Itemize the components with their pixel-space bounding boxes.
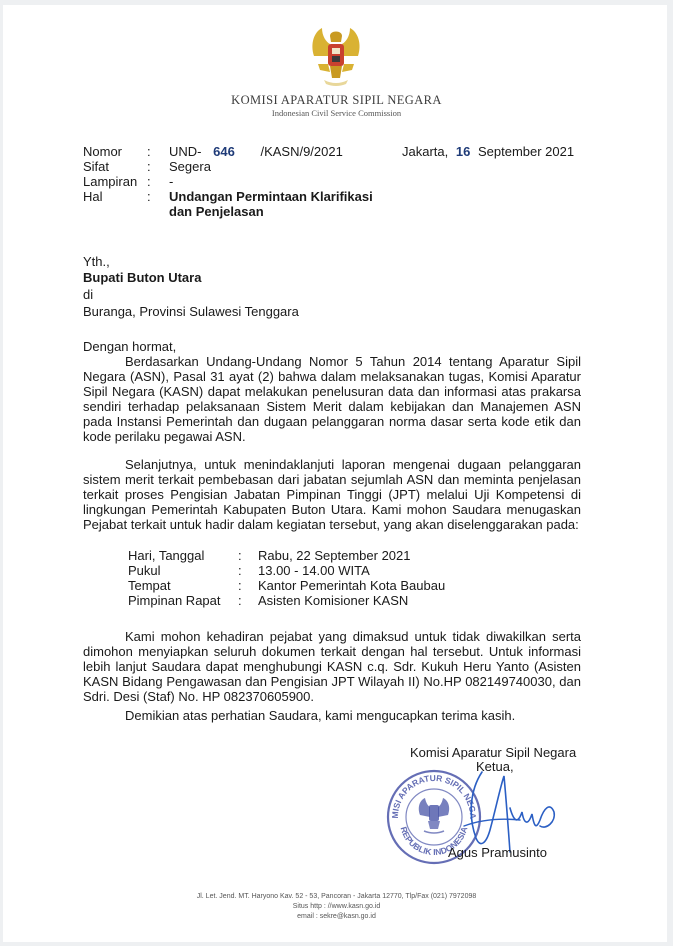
footer-website: Situs http : //www.kasn.go.id xyxy=(0,902,673,912)
colon: : xyxy=(238,578,242,593)
colon: : xyxy=(238,593,242,608)
schedule-label: Pukul xyxy=(128,563,161,578)
org-name: KOMISI APARATUR SIPIL NEGARA xyxy=(0,93,673,108)
schedule-label: Hari, Tanggal xyxy=(128,548,204,563)
colon: : xyxy=(147,144,151,159)
schedule-label: Tempat xyxy=(128,578,171,593)
schedule-value: Rabu, 22 September 2021 xyxy=(258,548,411,563)
paragraph-2-text: Selanjutnya, untuk menindaklanjuti lapor… xyxy=(83,457,581,532)
nomor-number: 646 xyxy=(213,144,235,159)
recipient-location: Buranga, Provinsi Sulawesi Tenggara xyxy=(83,304,299,319)
org-subtitle: Indonesian Civil Service Commission xyxy=(0,108,673,118)
signatory-name: Agus Pramusinto xyxy=(448,845,547,860)
colon: : xyxy=(147,174,151,189)
schedule-value: Asisten Komisioner KASN xyxy=(258,593,408,608)
recipient-salutation: Yth., xyxy=(83,254,110,269)
date-day: 16 xyxy=(456,144,470,159)
recipient-di: di xyxy=(83,287,93,302)
nomor-value: UND- 646 /KASN/9/2021 xyxy=(169,144,343,159)
hal-line-1: Undangan Permintaan Klarifikasi xyxy=(169,189,373,204)
greeting: Dengan hormat, xyxy=(83,339,176,354)
signature-org: Komisi Aparatur Sipil Negara xyxy=(410,745,576,760)
footer-address: Jl. Let. Jend. MT. Haryono Kav. 52 - 53,… xyxy=(0,892,673,902)
date-city: Jakarta, xyxy=(402,144,448,159)
nomor-label: Nomor xyxy=(83,144,122,159)
recipient-name: Bupati Buton Utara xyxy=(83,270,201,285)
hal-line-2: dan Penjelasan xyxy=(169,204,264,219)
nomor-suffix: /KASN/9/2021 xyxy=(260,144,342,159)
paragraph-1: Berdasarkan Undang-Undang Nomor 5 Tahun … xyxy=(83,354,581,444)
paragraph-1-text: Berdasarkan Undang-Undang Nomor 5 Tahun … xyxy=(83,354,581,444)
hal-label: Hal xyxy=(83,189,103,204)
garuda-emblem-icon xyxy=(308,26,364,88)
lampiran-label: Lampiran xyxy=(83,174,137,189)
sifat-label: Sifat xyxy=(83,159,109,174)
sifat-value: Segera xyxy=(169,159,211,174)
colon: : xyxy=(238,563,242,578)
paragraph-3: Kami mohon kehadiran pejabat yang dimaks… xyxy=(83,629,581,704)
colon: : xyxy=(238,548,242,563)
closing-text: Demikian atas perhatian Saudara, kami me… xyxy=(125,708,515,723)
letter-date: Jakarta, 16 September 2021 xyxy=(402,144,574,159)
nomor-prefix: UND- xyxy=(169,144,202,159)
schedule-value: 13.00 - 14.00 WITA xyxy=(258,563,370,578)
colon: : xyxy=(147,189,151,204)
footer-email: email : sekre@kasn.go.id xyxy=(0,912,673,922)
paragraph-3-text: Kami mohon kehadiran pejabat yang dimaks… xyxy=(83,629,581,704)
schedule-value: Kantor Pemerintah Kota Baubau xyxy=(258,578,445,593)
schedule-label: Pimpinan Rapat xyxy=(128,593,221,608)
paragraph-2: Selanjutnya, untuk menindaklanjuti lapor… xyxy=(83,457,581,532)
lampiran-value: - xyxy=(169,174,173,189)
date-month-year: September 2021 xyxy=(478,144,574,159)
colon: : xyxy=(147,159,151,174)
